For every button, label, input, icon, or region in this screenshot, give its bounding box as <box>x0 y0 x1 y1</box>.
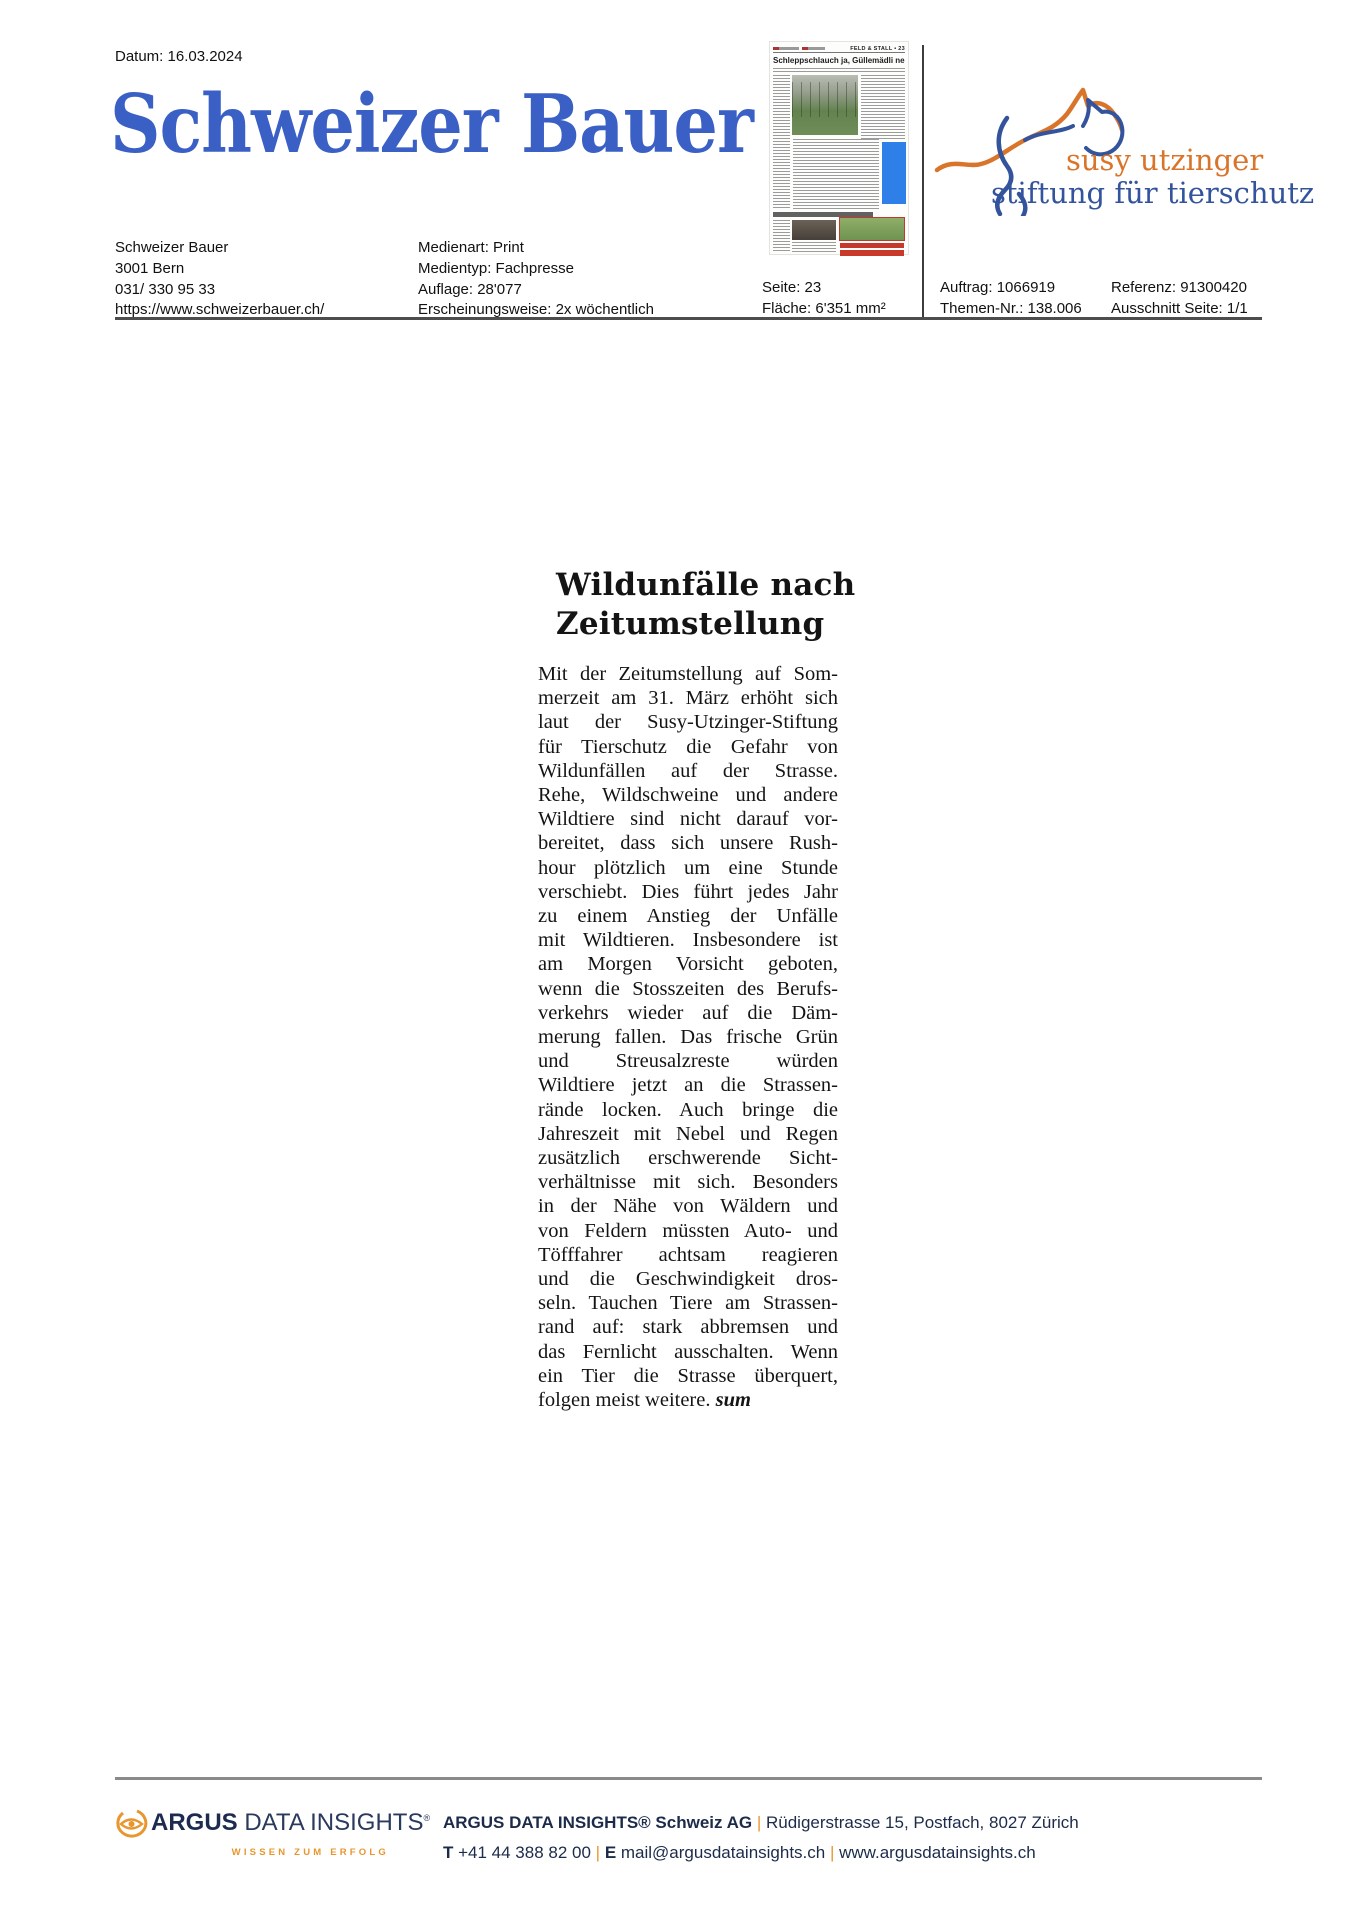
clip-info-line: Seite: 23 <box>762 278 886 299</box>
thumbnail-photo-poles <box>792 82 858 117</box>
article-body-line: für Tierschutz die Gefahr von <box>538 735 838 759</box>
thumbnail-cows-photo <box>840 218 904 240</box>
footer-text-segment: E <box>605 1843 616 1862</box>
susy-utzinger-logo-subtitle: stiftung für tierschutz <box>991 176 1314 210</box>
source-address-line: 3001 Bern <box>115 259 324 280</box>
article-body-line: Jahreszeit mit Nebel und Regen <box>538 1122 838 1146</box>
header-vertical-divider <box>922 45 924 317</box>
footer-contact-block: ARGUS DATA INSIGHTS® Schweiz AG | Rüdige… <box>443 1808 1079 1868</box>
clip-info-block: Seite: 23Fläche: 6'351 mm² <box>762 278 886 320</box>
article-last-line: folgen meist weitere. sum <box>538 1388 838 1412</box>
thumbnail-blue-box <box>882 142 906 204</box>
article-body-line: am Morgen Vorsicht geboten, <box>538 952 838 976</box>
media-info-line: Auflage: 28'077 <box>418 280 654 301</box>
article-body-line: merzeit am 31. März erhöht sich <box>538 686 838 710</box>
footer-text-segment: T <box>443 1843 453 1862</box>
article-title-line1: Wildunfälle nach <box>556 566 855 605</box>
thumbnail-byline <box>773 68 905 73</box>
article-body-line: und Streusalzreste würden <box>538 1049 838 1073</box>
thumbnail-field-photo <box>792 75 858 135</box>
footer-address-line: ARGUS DATA INSIGHTS® Schweiz AG | Rüdige… <box>443 1808 1079 1838</box>
thumbnail-sub-headline <box>773 212 873 217</box>
article-body-line: Töfffahrer achtsam reagieren <box>538 1243 838 1267</box>
header-rule <box>115 317 1262 320</box>
article-body-line: verhältnisse mit sich. Besonders <box>538 1170 838 1194</box>
thumbnail-header-left-text <box>773 47 825 50</box>
footer-separator-pipe: | <box>830 1843 839 1862</box>
media-info-line: Medienart: Print <box>418 238 654 259</box>
argus-data-insights-wordmark: ARGUS DATA INSIGHTS® <box>151 1809 430 1837</box>
article-body-line: Wildunfällen auf der Strasse. <box>538 759 838 783</box>
thumbnail-section-label: FELD & STALL • 23 <box>850 46 905 52</box>
article-body-line: Mit der Zeitumstellung auf Som- <box>538 662 838 686</box>
article-body-line: mit Wildtieren. Insbesondere ist <box>538 928 838 952</box>
media-info-block: Medienart: PrintMedientyp: FachpresseAuf… <box>418 238 654 321</box>
footer-separator-pipe: | <box>752 1813 766 1832</box>
article-body-line: verschiebt. Dies führt jedes Jahr <box>538 880 838 904</box>
argus-eye-icon <box>115 1808 149 1840</box>
article-body-line: rände locken. Auch bringe die <box>538 1098 838 1122</box>
source-address-line: 031/ 330 95 33 <box>115 280 324 301</box>
reference-info-block: Referenz: 91300420Ausschnitt Seite: 1/1 <box>1111 278 1248 320</box>
footer-text-segment: www.argusdatainsights.ch <box>839 1843 1036 1862</box>
thumbnail-bottom-caption <box>792 242 836 252</box>
argus-wordmark-bold: ARGUS <box>151 1809 238 1836</box>
newspaper-page-thumbnail: FELD & STALL • 23 Schleppschlauch ja, Gü… <box>770 42 908 254</box>
article-last-line-text: folgen meist weitere. <box>538 1389 716 1411</box>
schweizer-bauer-logo: Schweizer Bauer <box>110 76 753 171</box>
article-body-line: bereitet, dass sich unsere Rush- <box>538 831 838 855</box>
clipping-date: Datum: 16.03.2024 <box>115 48 243 65</box>
article-body-line: wenn die Stosszeiten des Berufs- <box>538 977 838 1001</box>
order-info-line: Auftrag: 1066919 <box>940 278 1082 299</box>
argus-tagline: WISSEN ZUM ERFOLG <box>151 1847 389 1858</box>
article-title: Wildunfälle nach Zeitumstellung <box>556 566 855 644</box>
thumbnail-bottom-text-left <box>773 220 790 252</box>
source-address-block: Schweizer Bauer3001 Bern031/ 330 95 33ht… <box>115 238 324 321</box>
article-body-line: Wildtiere sind nicht darauf vor- <box>538 807 838 831</box>
article-body-line: und die Geschwindigkeit dros- <box>538 1267 838 1291</box>
article-body-line: seln. Tauchen Tiere am Strassen- <box>538 1291 838 1315</box>
thumbnail-page-header-row: FELD & STALL • 23 <box>773 45 905 53</box>
footer-text-segment: Rüdigerstrasse 15, Postfach, 8027 Zürich <box>766 1813 1079 1832</box>
article-body-line: laut der Susy-Utzinger-Stiftung <box>538 710 838 734</box>
article-body-line: zusätzlich erschwerende Sicht- <box>538 1146 838 1170</box>
footer-text-segment: mail@argusdatainsights.ch <box>616 1843 830 1862</box>
thumbnail-red-bar <box>840 250 904 256</box>
argus-registered-mark: ® <box>423 1813 430 1823</box>
article-body-line: das Fernlicht ausschalten. Wenn <box>538 1340 838 1364</box>
thumbnail-headline: Schleppschlauch ja, Güllemädli nein <box>773 56 905 65</box>
article-body-line: verkehrs wieder auf die Däm- <box>538 1001 838 1025</box>
article-author-initials: sum <box>716 1389 751 1411</box>
media-info-line: Medientyp: Fachpresse <box>418 259 654 280</box>
article-body-line: merung fallen. Das frische Grün <box>538 1025 838 1049</box>
thumbnail-red-banner <box>840 243 904 248</box>
thumbnail-text-body <box>793 139 879 209</box>
article-body-line: Rehe, Wildschweine und andere <box>538 783 838 807</box>
article-body-line: in der Nähe von Wäldern und <box>538 1194 838 1218</box>
footer-rule <box>115 1777 1262 1780</box>
article-body-line: zu einem Anstieg der Unfälle <box>538 904 838 928</box>
thumbnail-cave-photo <box>792 220 836 240</box>
order-info-block: Auftrag: 1066919Themen-Nr.: 138.006 <box>940 278 1082 320</box>
footer-text-segment: ARGUS DATA INSIGHTS® Schweiz AG <box>443 1813 752 1832</box>
thumbnail-text-column-right <box>861 75 905 139</box>
source-address-line: Schweizer Bauer <box>115 238 324 259</box>
article-body: Mit der Zeitumstellung auf Som-merzeit a… <box>538 662 838 1388</box>
article-body-line: Wildtiere jetzt an die Strassen- <box>538 1073 838 1097</box>
footer-separator-pipe: | <box>596 1843 605 1862</box>
thumbnail-text-column-left <box>773 75 790 210</box>
reference-info-line: Referenz: 91300420 <box>1111 278 1248 299</box>
article-body-line: ein Tier die Strasse überquert, <box>538 1364 838 1388</box>
article-title-line2: Zeitumstellung <box>556 605 855 644</box>
susy-utzinger-logo-name: susy utzinger <box>1066 143 1263 177</box>
article-body-line: von Feldern müssten Auto- und <box>538 1219 838 1243</box>
argus-wordmark-light: DATA INSIGHTS <box>238 1809 424 1836</box>
footer-text-segment: +41 44 388 82 00 <box>453 1843 595 1862</box>
article-body-line: hour plötzlich um eine Stunde <box>538 856 838 880</box>
footer-contact-line: T +41 44 388 82 00 | E mail@argusdatains… <box>443 1838 1079 1868</box>
article-body-line: rand auf: stark abbremsen und <box>538 1315 838 1339</box>
